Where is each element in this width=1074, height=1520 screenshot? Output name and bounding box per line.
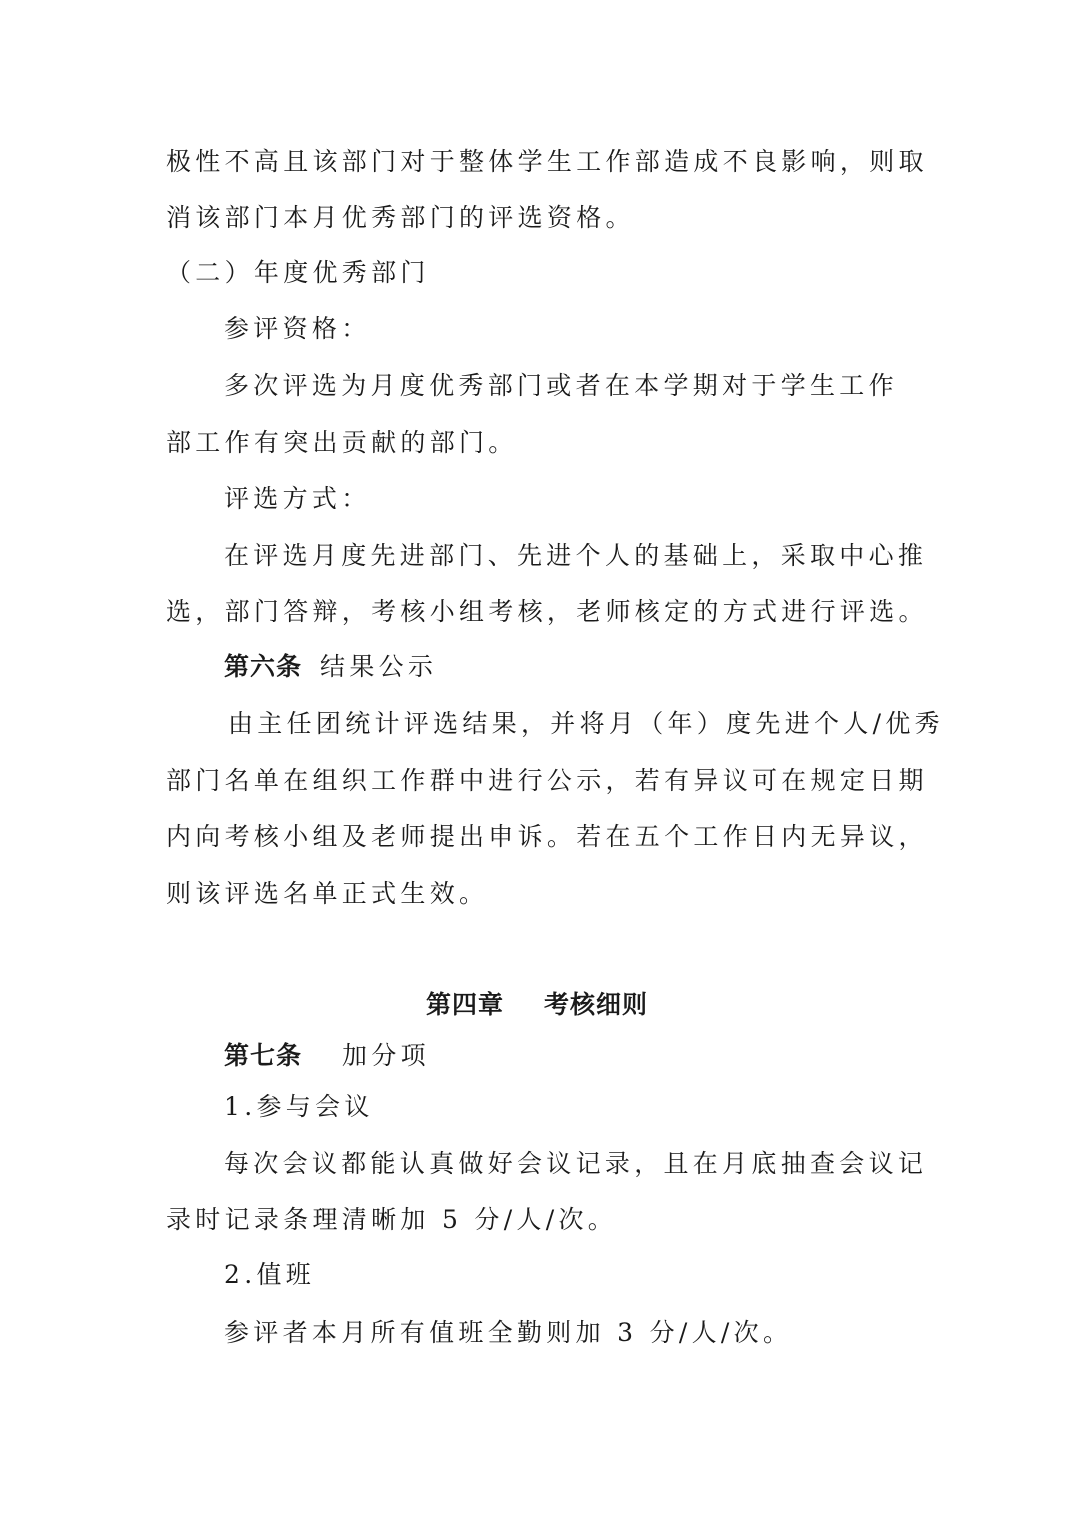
article-number: 第六条 [224, 652, 302, 681]
chapter-heading: 第四章考核细则 [0, 990, 1074, 1020]
paragraph-line: 则该评选名单正式生效。 [166, 879, 488, 909]
subsection-heading: （二）年度优秀部门 [166, 258, 430, 288]
paragraph-line: 选，部门答辩，考核小组考核，老师核定的方式进行评选。 [166, 597, 928, 627]
article-7-heading: 第七条加分项 [224, 1041, 430, 1071]
chapter-title: 考核细则 [544, 990, 648, 1019]
paragraph-line: 极性不高且该部门对于整体学生工作部造成不良影响，则取 [166, 147, 928, 177]
paragraph-line: 每次会议都能认真做好会议记录，且在月底抽查会议记 [224, 1149, 927, 1179]
paragraph-line: 消该部门本月优秀部门的评选资格。 [166, 203, 635, 233]
label-qualification: 参评资格： [224, 314, 371, 344]
paragraph-line: 在评选月度先进部门、先进个人的基础上，采取中心推 [224, 541, 927, 571]
article-title: 结果公示 [320, 652, 437, 681]
article-title: 加分项 [342, 1041, 430, 1070]
paragraph-line: 参评者本月所有值班全勤则加 3 分/人/次。 [224, 1318, 792, 1348]
paragraph-line: 多次评选为月度优秀部门或者在本学期对于学生工作 [224, 371, 898, 401]
paragraph-line: 由主任团统计评选结果，并将月（年）度先进个人/优秀 [228, 709, 944, 739]
label-method: 评选方式： [224, 484, 371, 514]
article-number: 第七条 [224, 1041, 302, 1070]
article-6-heading: 第六条结果公示 [224, 652, 437, 682]
item-heading: 2.值班 [224, 1260, 315, 1290]
chapter-number: 第四章 [426, 990, 504, 1019]
paragraph-line: 部门名单在组织工作群中进行公示，若有异议可在规定日期 [166, 766, 928, 796]
paragraph-line: 录时记录条理清晰加 5 分/人/次。 [166, 1205, 617, 1235]
paragraph-line: 部工作有突出贡献的部门。 [166, 428, 518, 458]
item-heading: 1.参与会议 [224, 1092, 374, 1122]
paragraph-line: 内向考核小组及老师提出申诉。若在五个工作日内无异议， [166, 822, 928, 852]
